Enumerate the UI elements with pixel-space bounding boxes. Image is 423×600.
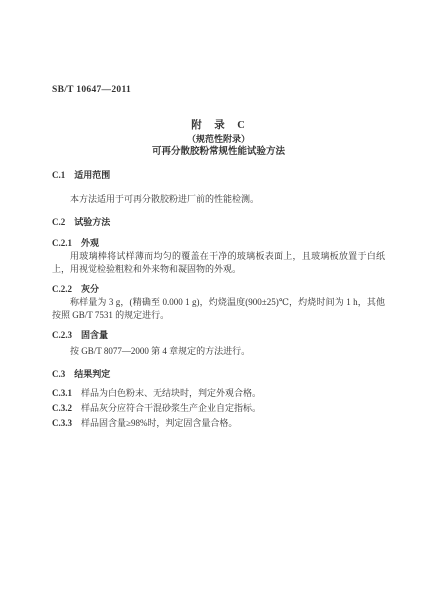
subsection-title: 灰分 — [81, 284, 99, 294]
subsection-number: C.2.3 — [52, 330, 72, 340]
clause-number: C.3.1 — [52, 388, 72, 398]
section-number: C.1 — [52, 170, 65, 180]
appendix-name: 可再分散胶粉常规性能试验方法 — [52, 146, 385, 159]
subsection-title: 外观 — [81, 238, 99, 248]
subsection-heading-c23: C.2.3固含量 — [52, 329, 385, 342]
appendix-title-block: 附 录 C （规范性附录） 可再分散胶粉常规性能试验方法 — [52, 119, 385, 159]
section-number: C.3 — [52, 369, 65, 379]
clause-text: 样品灰分应符合干混砂浆生产企业自定指标。 — [81, 403, 261, 413]
section-title: 试验方法 — [74, 217, 110, 227]
paragraph-scope: 本方法适用于可再分散胶粉进厂前的性能检测。 — [52, 193, 385, 206]
clause-text: 样品固含量≥98%时，判定固含量合格。 — [81, 418, 237, 428]
clause-number: C.3.3 — [52, 418, 72, 428]
subsection-number: C.2.1 — [52, 238, 72, 248]
clause-c32: C.3.2样品灰分应符合干混砂浆生产企业自定指标。 — [52, 401, 385, 415]
section-title: 结果判定 — [74, 369, 110, 379]
section-title: 适用范围 — [74, 170, 110, 180]
clause-c33: C.3.3样品固含量≥98%时，判定固含量合格。 — [52, 416, 385, 430]
section-heading-c2: C.2试验方法 — [52, 216, 385, 229]
section-number: C.2 — [52, 217, 65, 227]
clause-number: C.3.2 — [52, 403, 72, 413]
appendix-label: 附 录 C — [52, 119, 385, 133]
section-heading-c3: C.3结果判定 — [52, 368, 385, 381]
subsection-heading-c22: C.2.2灰分 — [52, 283, 385, 296]
paragraph-appearance: 用玻璃棒将试样薄而均匀的覆盖在干净的玻璃板表面上，且玻璃板放置于白纸上，用视觉检… — [52, 250, 385, 276]
standard-code: SB/T 10647—2011 — [52, 84, 385, 97]
clause-text: 样品为白色粉末、无结块时，判定外观合格。 — [81, 388, 261, 398]
section-heading-c1: C.1适用范围 — [52, 169, 385, 182]
document-page: SB/T 10647—2011 附 录 C （规范性附录） 可再分散胶粉常规性能… — [0, 0, 423, 600]
paragraph-ash: 称样量为 3 g，(精确至 0.000 1 g)，灼烧温度(900±25)℃，灼… — [52, 296, 385, 322]
subsection-heading-c21: C.2.1外观 — [52, 237, 385, 250]
appendix-type: （规范性附录） — [52, 133, 385, 146]
subsection-number: C.2.2 — [52, 284, 72, 294]
clause-c31: C.3.1样品为白色粉末、无结块时，判定外观合格。 — [52, 386, 385, 400]
subsection-title: 固含量 — [81, 330, 108, 340]
paragraph-solid-content: 按 GB/T 8077—2000 第 4 章规定的方法进行。 — [52, 345, 385, 358]
